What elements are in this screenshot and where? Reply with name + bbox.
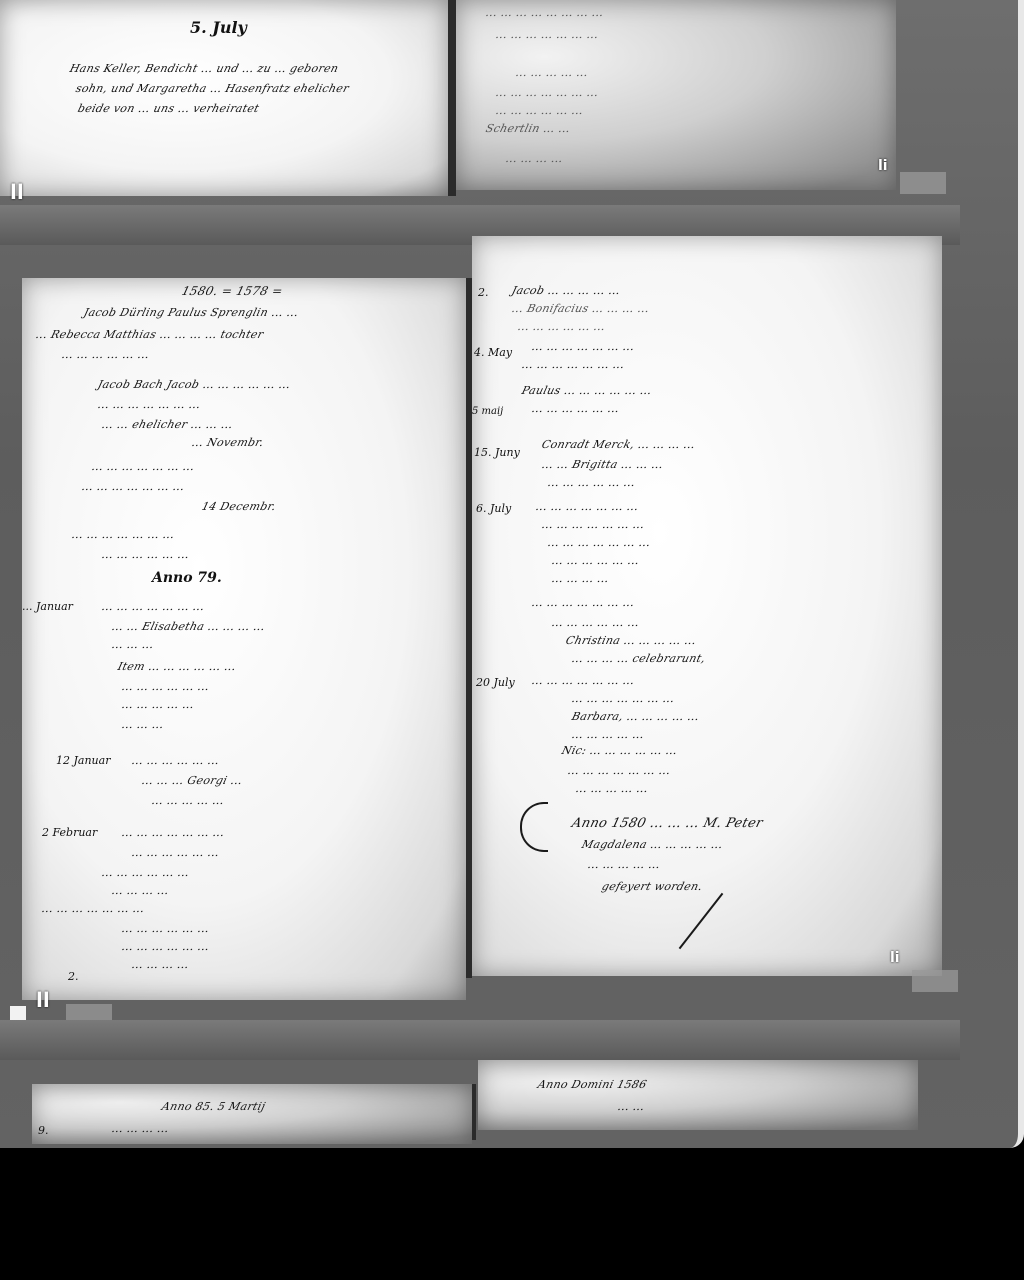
text-line: ... ... ... ...: [130, 958, 190, 971]
text-line: Anno 85. 5 Martij: [160, 1100, 266, 1113]
text-line: ... ... ... ... ... ...: [550, 554, 641, 567]
text-line: ... ... ... ... ...: [514, 66, 589, 79]
text-line: ... ... ... ... ... ... ...: [494, 28, 600, 41]
film-blip: [912, 970, 958, 992]
page-top-note: 1580. = 1578 =: [180, 284, 284, 298]
text-line: ... ... ... Georgi ...: [140, 774, 244, 787]
margin-date: 6. July: [476, 502, 511, 515]
text-line: ... Novembr.: [190, 436, 265, 449]
text-line: ... ... ... ...: [110, 1122, 170, 1135]
text-line: ... ... ... ...: [110, 884, 170, 897]
text-line: Jacob Dürling Paulus Sprenglin ... ...: [82, 306, 300, 319]
text-line: ... ... ... ... ... ... ...: [546, 536, 652, 549]
text-line: 14 Decembr.: [200, 500, 277, 513]
microfilm-strip: 5. July Hans Keller, Bendicht ... und ..…: [0, 0, 1024, 1148]
margin-date: 9.: [38, 1124, 49, 1137]
text-line: ... ... ... ... ... ... ...: [570, 692, 676, 705]
text-line: Nic: ... ... ... ... ... ...: [560, 744, 679, 757]
text-line: ... ... Elisabetha ... ... ... ...: [110, 620, 266, 633]
margin-date: 12 Januar: [56, 754, 110, 767]
closing-stroke: [679, 893, 724, 949]
margin-date: 5 maij: [472, 406, 503, 417]
frame-marker: li: [890, 950, 900, 966]
text-line: ... ... ... ... ... ... ...: [100, 600, 206, 613]
text-line: ... ... ... ... ... ...: [550, 616, 641, 629]
page-gutter: [472, 1084, 476, 1140]
frame-marker: li: [878, 158, 888, 174]
text-line: ... ... ... ... ... ...: [120, 680, 211, 693]
text-line: ... ... ... ... ... ...: [130, 754, 221, 767]
text-line: ... ... ... ... ... ... ...: [120, 826, 226, 839]
text-line: ... ... ... ... ... ...: [120, 940, 211, 953]
text-line: ... ... ... ... ... ... ...: [80, 480, 186, 493]
text-line: ... ... ... ... ... ... ...: [520, 358, 626, 371]
margin-date: 2 Februar: [42, 826, 97, 839]
text-line: ... ... ...: [120, 718, 165, 731]
text-line: ... ... ... ... ... ... ...: [530, 674, 636, 687]
page-footer-mark: 2.: [68, 970, 79, 983]
text-line: Jacob Bach Jacob ... ... ... ... ... ...: [96, 378, 292, 391]
text-line: Anno Domini 1586: [536, 1078, 648, 1091]
text-line: ... ... ... ...: [504, 152, 564, 165]
text-line: ... ... ... ... ... ... ...: [96, 398, 202, 411]
text-line: ... ... ... ... ... ...: [120, 922, 211, 935]
text-line: Conradt Merck, ... ... ... ...: [540, 438, 696, 451]
text-line: ... ... ... ... ...: [586, 858, 661, 871]
margin-date: 2.: [478, 286, 489, 299]
page-gutter: [448, 0, 456, 196]
text-line: ... ... ... ... ... ...: [546, 476, 637, 489]
text-line: ... ... ... ... ... ... ...: [70, 528, 176, 541]
text-line: gefeyert worden.: [600, 880, 704, 893]
text-line: Schertlin ... ...: [484, 122, 571, 135]
top-left-page: 5. July Hans Keller, Bendicht ... und ..…: [0, 0, 448, 196]
film-blip: [900, 172, 946, 194]
text-line: ... ... ... ... ... ... ...: [566, 764, 672, 777]
text-line: beide von ... uns ... verheiratet: [76, 102, 260, 115]
margin-date: 20 July: [476, 676, 515, 689]
text-line: Hans Keller, Bendicht ... und ... zu ...…: [68, 62, 340, 75]
margin-date: 15. Juny: [474, 446, 520, 459]
text-line: Item ... ... ... ... ... ...: [116, 660, 237, 673]
year-heading: Anno 79.: [152, 570, 222, 586]
text-line: ... ... ... ... ... ... ...: [530, 340, 636, 353]
text-line: ... ... ... ...: [550, 572, 610, 585]
page-heading: 5. July: [190, 18, 247, 37]
frame-marker: ll: [36, 988, 50, 1012]
text-line: ... ... ... ... ...: [120, 698, 195, 711]
text-line: ... ... ... ... ... ...: [516, 320, 607, 333]
text-line: ... ...: [616, 1100, 646, 1113]
text-line: ... ... ... ... ... ...: [100, 866, 191, 879]
text-line: ... ... ... ... ... ...: [530, 402, 621, 415]
text-line: Paulus ... ... ... ... ... ...: [520, 384, 653, 397]
text-line: ... ... ... ... ... ... ...: [530, 596, 636, 609]
text-line: ... ... ... ... ... ...: [60, 348, 151, 361]
text-line: ... ... ... ... ...: [574, 782, 649, 795]
bottom-left-page: 9. Anno 85. 5 Martij ... ... ... ...: [32, 1084, 472, 1144]
text-line: ... ... ... ... ... ...: [100, 548, 191, 561]
text-line: ... ... ... ... ...: [570, 728, 645, 741]
text-line: ... Rebecca Matthias ... ... ... ... toc…: [34, 328, 265, 341]
text-line: sohn, und Margaretha ... Hasenfratz ehel…: [74, 82, 350, 95]
text-line: ... ... ... ... ... ... ... ...: [484, 6, 605, 19]
text-line: Magdalena ... ... ... ... ...: [580, 838, 724, 851]
text-line: ... ... ... ... celebrarunt,: [570, 652, 706, 665]
text-line: ... ... ... ... ... ...: [130, 846, 221, 859]
text-line: Jacob ... ... ... ... ...: [510, 284, 621, 297]
entry-bracket: [520, 802, 548, 852]
text-line: Christina ... ... ... ... ...: [564, 634, 697, 647]
text-line: ... ... ehelicher ... ... ...: [100, 418, 234, 431]
text-line: ... ... ... ... ... ... ...: [90, 460, 196, 473]
frame-marker: ll: [10, 180, 24, 204]
margin-date: 4. May: [474, 346, 512, 359]
text-line: ... Bonifacius ... ... ... ...: [510, 302, 651, 315]
text-line: ... ... Brigitta ... ... ...: [540, 458, 664, 471]
text-line: Barbara, ... ... ... ... ...: [570, 710, 700, 723]
text-line: ... ... ... ... ... ...: [494, 104, 585, 117]
margin-date: ... Januar: [22, 600, 73, 613]
middle-left-page: 1580. = 1578 = Jacob Dürling Paulus Spre…: [22, 278, 466, 1000]
middle-right-page: 2. Jacob ... ... ... ... ... ... Bonifac…: [472, 236, 942, 976]
text-line: ... ... ... ... ... ... ...: [494, 86, 600, 99]
bottom-right-page: Anno Domini 1586 ... ...: [478, 1060, 918, 1130]
text-line: ... ... ... ... ... ... ...: [540, 518, 646, 531]
text-line: ... ... ... ... ... ... ...: [40, 902, 146, 915]
text-line: ... ... ... ... ...: [150, 794, 225, 807]
text-line: ... ... ...: [110, 638, 155, 651]
text-line underline: Anno 1580 ... ... ... M. Peter: [570, 816, 764, 831]
frame-separator: [0, 1020, 960, 1060]
top-right-page: ... ... ... ... ... ... ... ... ... ... …: [456, 0, 896, 190]
text-line: ... ... ... ... ... ... ...: [534, 500, 640, 513]
